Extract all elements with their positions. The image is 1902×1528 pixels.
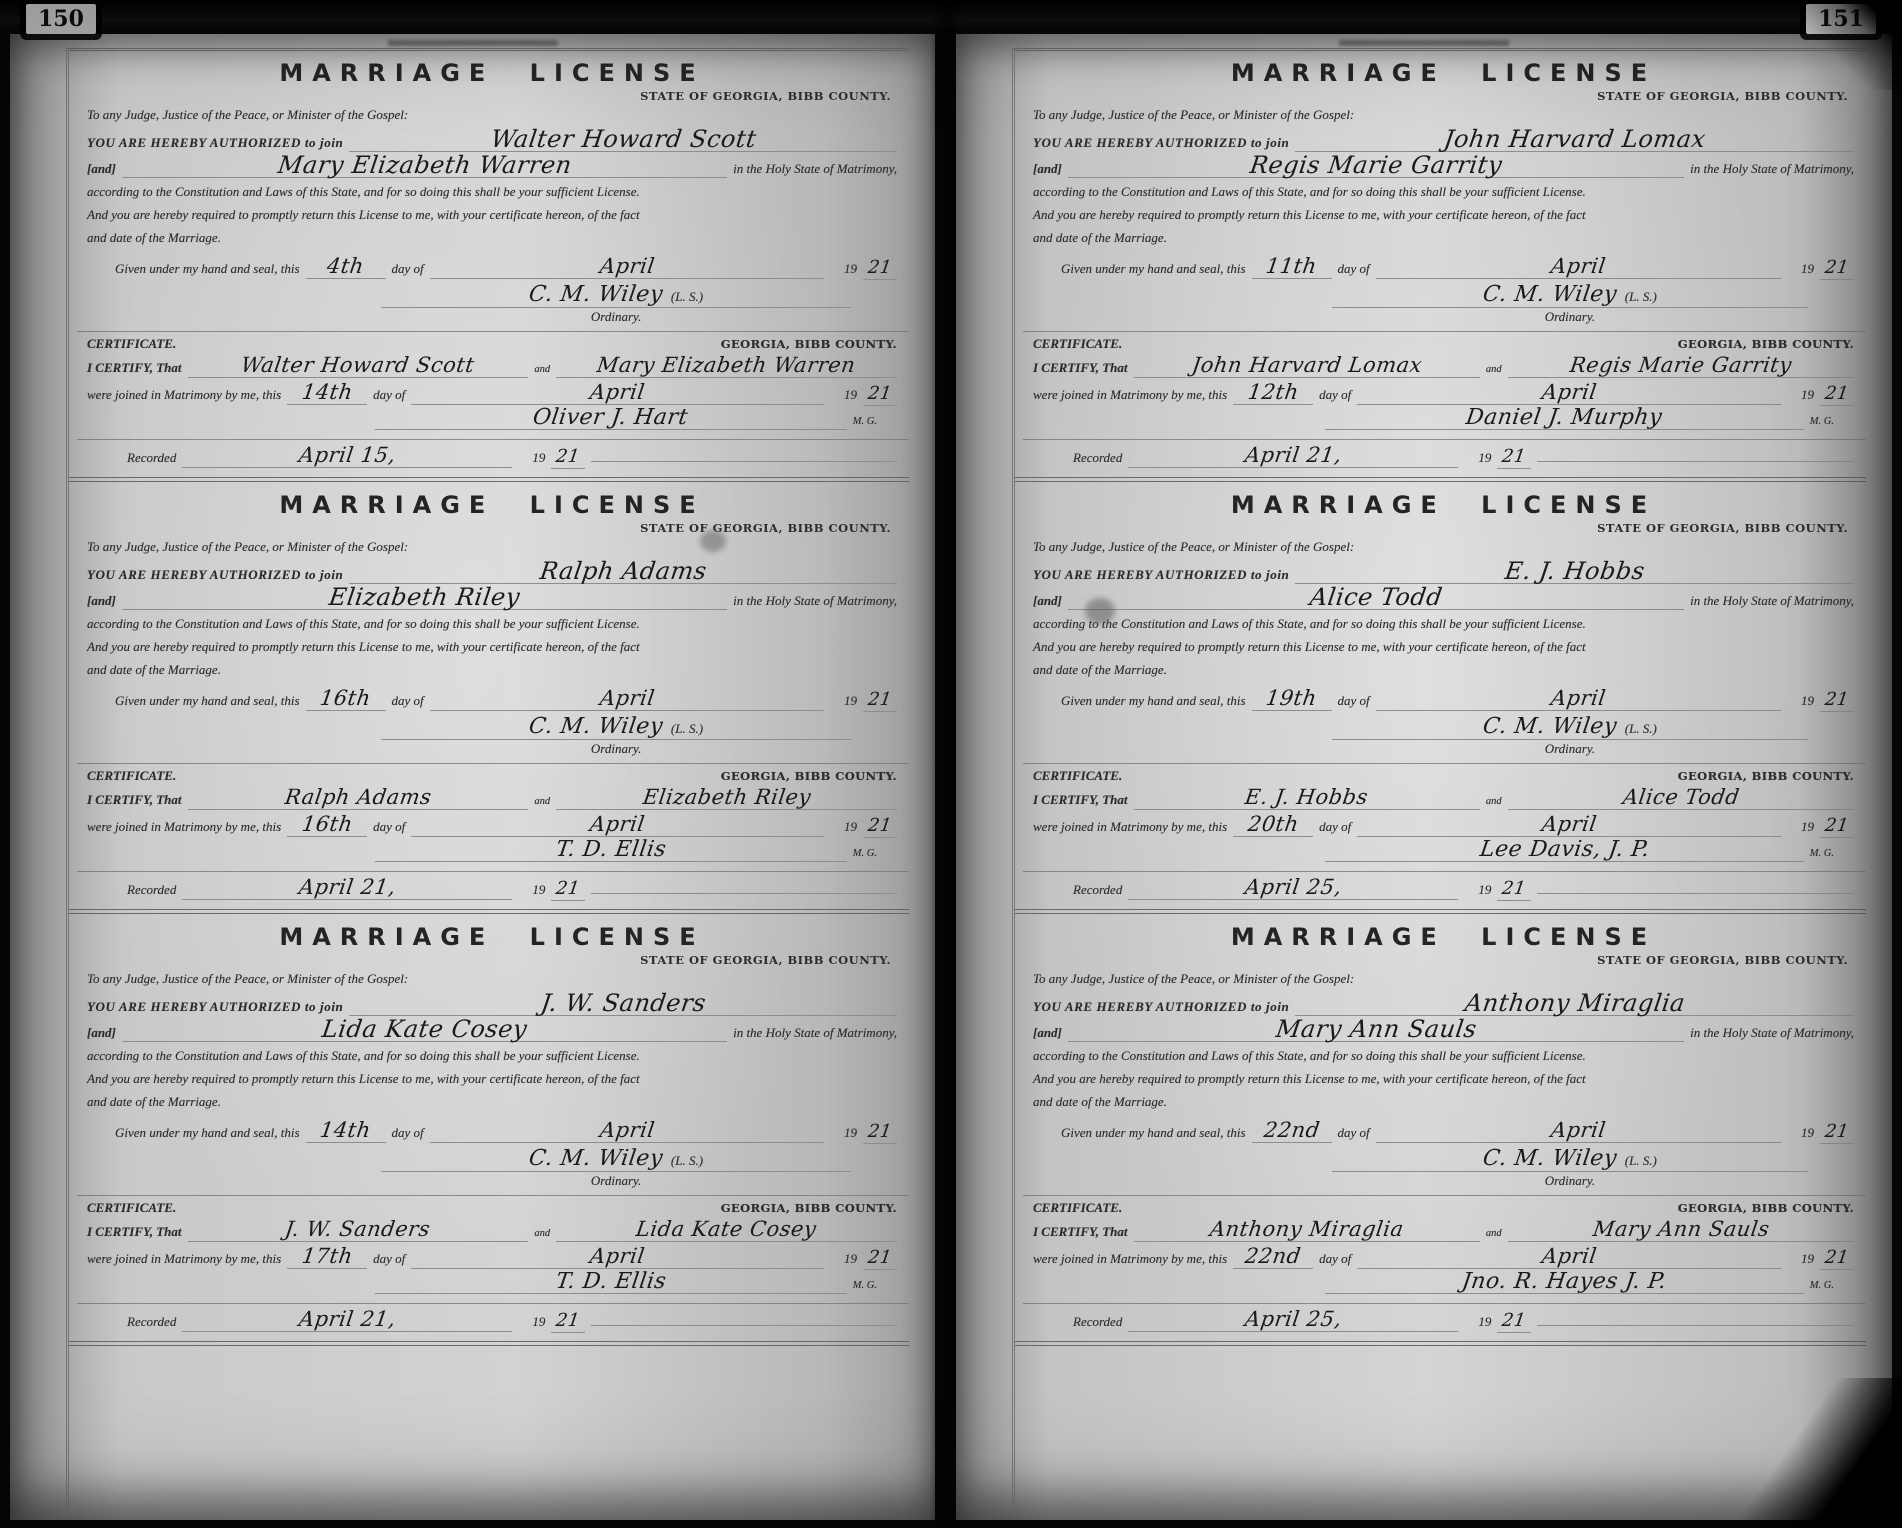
day-of-label: day of [1338, 689, 1370, 712]
license-month-handwritten: April [1376, 1119, 1781, 1143]
ordinary-signature-text: C. M. Wiley [527, 714, 664, 739]
and-bracket-label: [and] [1033, 1021, 1062, 1044]
ordinary-signature-text: C. M. Wiley [1481, 1146, 1618, 1171]
georgia-county-line: GEORGIA, BIBB COUNTY. [1678, 769, 1854, 783]
license-day-text: 16th [319, 687, 373, 710]
marriage-license-form: MARRIAGE LICENSE STATE OF GEORGIA, BIBB … [1031, 53, 1858, 482]
cert-day-handwritten: 20th [1233, 813, 1313, 837]
block-divider [1014, 909, 1866, 914]
salutation-label: To any Judge, Justice of the Peace, or M… [87, 103, 408, 126]
body-row-1: according to the Constitution and Laws o… [1033, 1044, 1854, 1067]
marriage-license-form: MARRIAGE LICENSE STATE OF GEORGIA, BIBB … [1031, 485, 1858, 914]
officiant-row: Jno. R. Hayes J. P. M. G. [1325, 1270, 1834, 1297]
cert-month-handwritten: April [1357, 381, 1781, 405]
cert-month-text: April [1540, 381, 1598, 404]
recorded-year-handwritten: 21 [551, 1309, 585, 1333]
recorded-date-text: April 21, [1243, 444, 1343, 467]
officiant-row: Daniel J. Murphy M. G. [1325, 406, 1834, 433]
cert-month-text: April [589, 1245, 647, 1268]
ordinary-signature: C. M. Wiley [529, 714, 663, 739]
matrimony-label: in the Holy State of Matrimony, [1690, 1021, 1854, 1044]
license-day-handwritten: 22nd [1252, 1119, 1332, 1143]
bride-name-handwritten: Mary Ann Sauls [1068, 1018, 1684, 1042]
officiant-row: T. D. Ellis M. G. [375, 1270, 877, 1297]
salutation-row: To any Judge, Justice of the Peace, or M… [87, 967, 897, 990]
salutation-row: To any Judge, Justice of the Peace, or M… [87, 103, 897, 126]
year-prefix-label: 19 [532, 1310, 545, 1333]
body-line-1: according to the Constitution and Laws o… [87, 180, 640, 203]
bride-name-text: Mary Ann Sauls [1274, 1018, 1478, 1041]
georgia-county-line: GEORGIA, BIBB COUNTY. [1678, 337, 1854, 351]
ordinary-signature-area: C. M. Wiley (L. S.) Ordinary. [1332, 282, 1808, 325]
and-bracket-label: [and] [87, 157, 116, 180]
bride-name-text: Lida Kate Cosey [320, 1018, 528, 1041]
cert-bride-text: Regis Marie Garrity [1568, 354, 1793, 377]
cert-bride-handwritten: Mary Elizabeth Warren [556, 354, 897, 378]
body-line-1: according to the Constitution and Laws o… [1033, 612, 1586, 635]
ordinary-signature-area: C. M. Wiley (L. S.) Ordinary. [381, 1146, 851, 1189]
state-county-line: STATE OF GEORGIA, BIBB COUNTY. [87, 953, 897, 967]
license-date-row: Given under my hand and seal, this 4th d… [87, 255, 897, 280]
section-divider [77, 1195, 909, 1196]
cert-year-handwritten: 21 [1820, 814, 1854, 838]
license-year-handwritten: 21 [863, 256, 897, 280]
page-right: MARRIAGE LICENSE STATE OF GEORGIA, BIBB … [956, 34, 1892, 1520]
ordinary-label: Ordinary. [1332, 1173, 1808, 1189]
year-prefix-label: 19 [844, 383, 857, 406]
recorded-year-text: 21 [1501, 877, 1528, 900]
cert-bride-handwritten: Regis Marie Garrity [1508, 354, 1854, 378]
section-divider [1023, 1303, 1866, 1304]
bride-name-text: Regis Marie Garrity [1248, 154, 1503, 177]
salutation-label: To any Judge, Justice of the Peace, or M… [1033, 967, 1354, 990]
body-row-2: And you are hereby required to promptly … [87, 1067, 897, 1090]
ordinary-signature: C. M. Wiley [1483, 1146, 1617, 1171]
license-year-text: 21 [1823, 688, 1850, 711]
georgia-county-line: GEORGIA, BIBB COUNTY. [721, 337, 897, 351]
cert-month-text: April [589, 381, 647, 404]
and-bracket-label: [and] [1033, 589, 1062, 612]
block-divider [68, 477, 909, 482]
certificate-label: CERTIFICATE. [87, 768, 176, 784]
year-prefix-label: 19 [844, 1121, 857, 1144]
recorded-row: Recorded April 25, 1921 [1033, 876, 1854, 901]
authorized-label: YOU ARE HEREBY AUTHORIZED to join [87, 563, 343, 586]
ordinary-signature-text: C. M. Wiley [1481, 714, 1618, 739]
body-row-2: And you are hereby required to promptly … [1033, 203, 1854, 226]
matrimony-label: in the Holy State of Matrimony, [1690, 589, 1854, 612]
section-divider [77, 439, 909, 440]
body-row-3: and date of the Marriage. [87, 658, 897, 681]
cert-day-handwritten: 14th [287, 381, 367, 405]
license-month-handwritten: April [1376, 255, 1781, 279]
cert-day-text: 22nd [1244, 1245, 1303, 1268]
ordinary-signature-area: C. M. Wiley (L. S.) Ordinary. [1332, 1146, 1808, 1189]
body-line-3: and date of the Marriage. [1033, 658, 1167, 681]
license-day-handwritten: 11th [1252, 255, 1332, 279]
and-bracket-label: [and] [1033, 157, 1062, 180]
bride-name-text: Mary Elizabeth Warren [276, 154, 573, 177]
license-day-text: 11th [1265, 255, 1319, 278]
body-row-3: and date of the Marriage. [87, 1090, 897, 1113]
ordinary-signature: C. M. Wiley [529, 282, 663, 307]
cert-groom-text: E. J. Hobbs [1244, 786, 1370, 809]
certify-row: I CERTIFY, That Anthony Miraglia and Mar… [1033, 1218, 1854, 1245]
recorded-date-handwritten: April 15, [182, 444, 512, 468]
salutation-label: To any Judge, Justice of the Peace, or M… [1033, 103, 1354, 126]
and-word-label: and [534, 1222, 550, 1245]
cert-day-text: 17th [300, 1245, 354, 1268]
recorded-row: Recorded April 15, 1921 [87, 444, 897, 469]
and-bracket-label: [and] [87, 1021, 116, 1044]
page-right-content: MARRIAGE LICENSE STATE OF GEORGIA, BIBB … [1012, 48, 1866, 1509]
cert-month-text: April [1540, 1245, 1598, 1268]
matrimony-label: in the Holy State of Matrimony, [733, 157, 897, 180]
marriage-license-form: MARRIAGE LICENSE STATE OF GEORGIA, BIBB … [85, 917, 901, 1346]
body-row-3: and date of the Marriage. [87, 226, 897, 249]
blank-line [591, 893, 897, 894]
ls-label: (L. S.) [671, 1153, 703, 1169]
cert-groom-handwritten: John Harvard Lomax [1134, 354, 1480, 378]
georgia-county-line: GEORGIA, BIBB COUNTY. [721, 769, 897, 783]
certificate-header: CERTIFICATE. GEORGIA, BIBB COUNTY. [1033, 1200, 1854, 1216]
cert-month-text: April [589, 813, 647, 836]
ordinary-signature-area: C. M. Wiley (L. S.) Ordinary. [1332, 714, 1808, 757]
certify-label: I CERTIFY, That [1033, 356, 1128, 379]
certificate-label: CERTIFICATE. [87, 336, 176, 352]
form-title: MARRIAGE LICENSE [1033, 59, 1854, 87]
groom-name-text: John Harvard Lomax [1442, 128, 1707, 151]
body-line-1: according to the Constitution and Laws o… [87, 612, 640, 635]
blank-line [1537, 893, 1854, 894]
certify-label: I CERTIFY, That [87, 788, 182, 811]
bride-row: [and] Elizabeth Riley in the Holy State … [87, 586, 897, 612]
groom-name-handwritten: Ralph Adams [349, 560, 897, 584]
blank-line [591, 1325, 897, 1326]
blank-line [1537, 461, 1854, 462]
body-line-1: according to the Constitution and Laws o… [1033, 180, 1586, 203]
state-county-line: STATE OF GEORGIA, BIBB COUNTY. [1033, 953, 1854, 967]
and-bracket-label: [and] [87, 589, 116, 612]
day-of-label: day of [373, 815, 405, 838]
state-county-line: STATE OF GEORGIA, BIBB COUNTY. [87, 89, 897, 103]
printer-mark [388, 40, 558, 46]
license-year-handwritten: 21 [1820, 688, 1854, 712]
officiant-signature-text: Lee Davis, J. P. [1478, 838, 1651, 861]
recorded-label: Recorded [1073, 1310, 1122, 1333]
certify-row: I CERTIFY, That John Harvard Lomax and R… [1033, 354, 1854, 381]
cert-bride-text: Mary Elizabeth Warren [596, 354, 857, 377]
cert-groom-text: Anthony Miraglia [1208, 1218, 1405, 1241]
day-of-label: day of [392, 1121, 424, 1144]
year-prefix-label: 19 [1801, 689, 1814, 712]
certificate-header: CERTIFICATE. GEORGIA, BIBB COUNTY. [1033, 336, 1854, 352]
recorded-year-text: 21 [1501, 1309, 1528, 1332]
ordinary-label: Ordinary. [381, 309, 851, 325]
authorized-label: YOU ARE HEREBY AUTHORIZED to join [1033, 131, 1289, 154]
section-divider [77, 763, 909, 764]
license-day-text: 14th [319, 1119, 373, 1142]
certify-label: I CERTIFY, That [1033, 1220, 1128, 1243]
given-label: Given under my hand and seal, this [115, 257, 300, 280]
salutation-label: To any Judge, Justice of the Peace, or M… [87, 535, 408, 558]
body-line-3: and date of the Marriage. [1033, 1090, 1167, 1113]
ordinary-signature: C. M. Wiley [529, 1146, 663, 1171]
given-label: Given under my hand and seal, this [1061, 689, 1246, 712]
matrimony-label: in the Holy State of Matrimony, [733, 1021, 897, 1044]
block-divider [68, 909, 909, 914]
ordinary-signature-text: C. M. Wiley [1481, 282, 1618, 307]
recorded-year-handwritten: 21 [1497, 445, 1531, 469]
day-of-label: day of [373, 1247, 405, 1270]
cert-year-handwritten: 21 [863, 1246, 897, 1270]
georgia-county-line: GEORGIA, BIBB COUNTY. [1678, 1201, 1854, 1215]
recorded-date-handwritten: April 21, [1128, 444, 1458, 468]
cert-bride-handwritten: Lida Kate Cosey [556, 1218, 897, 1242]
recorded-date-handwritten: April 21, [182, 1308, 512, 1332]
year-prefix-label: 19 [1478, 1310, 1491, 1333]
cert-day-text: 16th [300, 813, 354, 836]
section-divider [77, 331, 909, 332]
cert-groom-text: John Harvard Lomax [1190, 354, 1423, 377]
day-of-label: day of [1338, 1121, 1370, 1144]
license-year-text: 21 [866, 688, 893, 711]
form-title: MARRIAGE LICENSE [87, 923, 897, 951]
body-row-3: and date of the Marriage. [1033, 226, 1854, 249]
ls-label: (L. S.) [671, 289, 703, 305]
ordinary-signature-row: C. M. Wiley (L. S.) [1332, 714, 1808, 740]
cert-month-handwritten: April [411, 381, 824, 405]
officiant-signature-text: T. D. Ellis [554, 838, 667, 861]
year-prefix-label: 19 [1801, 1247, 1814, 1270]
license-month-handwritten: April [1376, 687, 1781, 711]
ls-label: (L. S.) [671, 721, 703, 737]
cert-day-text: 14th [300, 381, 354, 404]
groom-name-text: E. J. Hobbs [1503, 560, 1646, 583]
recorded-year-handwritten: 21 [1497, 877, 1531, 901]
license-month-handwritten: April [430, 255, 824, 279]
block-divider [68, 1341, 909, 1346]
state-county-line: STATE OF GEORGIA, BIBB COUNTY. [1033, 89, 1854, 103]
officiant-signature: Daniel J. Murphy [1325, 406, 1804, 430]
salutation-row: To any Judge, Justice of the Peace, or M… [87, 535, 897, 558]
license-year-handwritten: 21 [1820, 1120, 1854, 1144]
ordinary-signature-row: C. M. Wiley (L. S.) [1332, 1146, 1808, 1172]
given-label: Given under my hand and seal, this [1061, 1121, 1246, 1144]
license-year-handwritten: 21 [863, 688, 897, 712]
cert-year-handwritten: 21 [863, 382, 897, 406]
body-line-3: and date of the Marriage. [87, 658, 221, 681]
ordinary-label: Ordinary. [1332, 741, 1808, 757]
body-line-2: And you are hereby required to promptly … [87, 203, 640, 226]
license-month-handwritten: April [430, 687, 824, 711]
blank-line [1537, 1325, 1854, 1326]
cert-year-handwritten: 21 [1820, 382, 1854, 406]
cert-day-text: 20th [1246, 813, 1300, 836]
and-word-label: and [1486, 790, 1502, 813]
cert-groom-handwritten: J. W. Sanders [188, 1218, 529, 1242]
year-prefix-label: 19 [1801, 383, 1814, 406]
ordinary-signature-area: C. M. Wiley (L. S.) Ordinary. [381, 714, 851, 757]
body-line-2: And you are hereby required to promptly … [1033, 203, 1586, 226]
joined-label: were joined in Matrimony by me, this [87, 383, 281, 406]
groom-name-handwritten: Walter Howard Scott [349, 128, 897, 152]
joined-label: were joined in Matrimony by me, this [87, 815, 281, 838]
printer-mark [1339, 40, 1509, 46]
officiant-row: T. D. Ellis M. G. [375, 838, 877, 865]
body-line-3: and date of the Marriage. [1033, 226, 1167, 249]
body-row-2: And you are hereby required to promptly … [87, 635, 897, 658]
ordinary-signature: C. M. Wiley [1483, 282, 1617, 307]
bride-name-handwritten: Mary Elizabeth Warren [122, 154, 727, 178]
cert-year-text: 21 [1823, 1246, 1850, 1269]
officiant-signature: Jno. R. Hayes J. P. [1325, 1270, 1804, 1294]
body-row-1: according to the Constitution and Laws o… [1033, 180, 1854, 203]
body-row-3: and date of the Marriage. [1033, 1090, 1854, 1113]
block-divider [1014, 1341, 1866, 1346]
groom-name-text: Anthony Miraglia [1463, 992, 1686, 1015]
page-left-content: MARRIAGE LICENSE STATE OF GEORGIA, BIBB … [66, 48, 909, 1509]
license-year-handwritten: 21 [1820, 256, 1854, 280]
section-divider [1023, 871, 1866, 872]
year-prefix-label: 19 [844, 689, 857, 712]
state-county-line: STATE OF GEORGIA, BIBB COUNTY. [1033, 521, 1854, 535]
section-divider [1023, 439, 1866, 440]
body-row-1: according to the Constitution and Laws o… [87, 1044, 897, 1067]
year-prefix-label: 19 [844, 1247, 857, 1270]
form-title: MARRIAGE LICENSE [87, 491, 897, 519]
cert-bride-handwritten: Mary Ann Sauls [1508, 1218, 1854, 1242]
cert-year-text: 21 [1823, 814, 1850, 837]
license-month-text: April [1549, 687, 1607, 710]
cert-year-handwritten: 21 [863, 814, 897, 838]
day-of-label: day of [1319, 383, 1351, 406]
bride-row: [and] Mary Ann Sauls in the Holy State o… [1033, 1018, 1854, 1044]
day-of-label: day of [392, 257, 424, 280]
officiant-row: Lee Davis, J. P. M. G. [1325, 838, 1834, 865]
cert-year-text: 21 [866, 814, 893, 837]
day-of-label: day of [1319, 1247, 1351, 1270]
recorded-label: Recorded [1073, 878, 1122, 901]
form-title: MARRIAGE LICENSE [87, 59, 897, 87]
cert-groom-text: J. W. Sanders [284, 1218, 432, 1241]
body-row-1: according to the Constitution and Laws o… [87, 612, 897, 635]
year-prefix-label: 19 [1801, 257, 1814, 280]
cert-bride-text: Elizabeth Riley [641, 786, 812, 809]
marriage-license-form: MARRIAGE LICENSE STATE OF GEORGIA, BIBB … [85, 485, 901, 914]
certificate-header: CERTIFICATE. GEORGIA, BIBB COUNTY. [87, 768, 897, 784]
cert-bride-text: Lida Kate Cosey [635, 1218, 819, 1241]
officiant-signature: T. D. Ellis [375, 838, 847, 862]
ordinary-label: Ordinary. [1332, 309, 1808, 325]
license-date-row: Given under my hand and seal, this 11th … [1033, 255, 1854, 280]
minister-of-gospel-label: M. G. [1810, 842, 1834, 865]
recorded-year-text: 21 [555, 877, 582, 900]
salutation-row: To any Judge, Justice of the Peace, or M… [1033, 535, 1854, 558]
recorded-date-text: April 21, [297, 876, 397, 899]
certificate-label: CERTIFICATE. [1033, 768, 1122, 784]
marriage-license-form: MARRIAGE LICENSE STATE OF GEORGIA, BIBB … [85, 53, 901, 482]
body-line-3: and date of the Marriage. [87, 1090, 221, 1113]
recorded-label: Recorded [127, 878, 176, 901]
cert-date-row: were joined in Matrimony by me, this 14t… [87, 381, 897, 406]
officiant-signature: Oliver J. Hart [375, 406, 847, 430]
body-line-2: And you are hereby required to promptly … [1033, 635, 1586, 658]
ordinary-label: Ordinary. [381, 1173, 851, 1189]
certify-label: I CERTIFY, That [1033, 788, 1128, 811]
recorded-row: Recorded April 25, 1921 [1033, 1308, 1854, 1333]
groom-name-handwritten: J. W. Sanders [349, 992, 897, 1016]
recorded-year-handwritten: 21 [551, 445, 585, 469]
authorized-label: YOU ARE HEREBY AUTHORIZED to join [87, 995, 343, 1018]
bride-name-text: Elizabeth Riley [327, 586, 521, 609]
salutation-row: To any Judge, Justice of the Peace, or M… [1033, 967, 1854, 990]
license-date-row: Given under my hand and seal, this 14th … [87, 1119, 897, 1144]
officiant-signature-text: Jno. R. Hayes J. P. [1461, 1270, 1669, 1293]
bride-row: [and] Mary Elizabeth Warren in the Holy … [87, 154, 897, 180]
officiant-row: Oliver J. Hart M. G. [375, 406, 877, 433]
cert-groom-handwritten: E. J. Hobbs [1134, 786, 1480, 810]
year-prefix-label: 19 [1478, 878, 1491, 901]
form-title: MARRIAGE LICENSE [1033, 491, 1854, 519]
body-row-2: And you are hereby required to promptly … [1033, 1067, 1854, 1090]
section-divider [77, 871, 909, 872]
license-day-text: 19th [1265, 687, 1319, 710]
cert-groom-handwritten: Anthony Miraglia [1134, 1218, 1480, 1242]
body-row-3: and date of the Marriage. [1033, 658, 1854, 681]
recorded-date-text: April 15, [297, 444, 397, 467]
cert-month-handwritten: April [1357, 1245, 1781, 1269]
year-prefix-label: 19 [844, 257, 857, 280]
section-divider [77, 1303, 909, 1304]
ordinary-signature-text: C. M. Wiley [527, 282, 664, 307]
day-of-label: day of [392, 689, 424, 712]
cert-day-handwritten: 22nd [1233, 1245, 1313, 1269]
recorded-year-text: 21 [1501, 445, 1528, 468]
ordinary-label: Ordinary. [381, 741, 851, 757]
license-year-handwritten: 21 [863, 1120, 897, 1144]
year-prefix-label: 19 [1478, 446, 1491, 469]
officiant-signature-text: Oliver J. Hart [532, 406, 690, 429]
groom-name-handwritten: Anthony Miraglia [1295, 992, 1854, 1016]
day-of-label: day of [1338, 257, 1370, 280]
license-day-handwritten: 14th [306, 1119, 386, 1143]
given-label: Given under my hand and seal, this [115, 689, 300, 712]
and-word-label: and [534, 790, 550, 813]
body-row-2: And you are hereby required to promptly … [1033, 635, 1854, 658]
cert-year-text: 21 [1823, 382, 1850, 405]
salutation-row: To any Judge, Justice of the Peace, or M… [1033, 103, 1854, 126]
recorded-row: Recorded April 21, 1921 [87, 876, 897, 901]
state-county-line: STATE OF GEORGIA, BIBB COUNTY. [87, 521, 897, 535]
groom-name-handwritten: E. J. Hobbs [1295, 560, 1854, 584]
matrimony-label: in the Holy State of Matrimony, [733, 589, 897, 612]
section-divider [1023, 763, 1866, 764]
cert-date-row: were joined in Matrimony by me, this 12t… [1033, 381, 1854, 406]
year-prefix-label: 19 [844, 815, 857, 838]
body-row-1: according to the Constitution and Laws o… [87, 180, 897, 203]
recorded-label: Recorded [1073, 446, 1122, 469]
license-date-row: Given under my hand and seal, this 22nd … [1033, 1119, 1854, 1144]
certificate-header: CERTIFICATE. GEORGIA, BIBB COUNTY. [87, 1200, 897, 1216]
body-line-1: according to the Constitution and Laws o… [87, 1044, 640, 1067]
year-prefix-label: 19 [532, 446, 545, 469]
cert-groom-text: Ralph Adams [283, 786, 433, 809]
certify-row: I CERTIFY, That Ralph Adams and Elizabet… [87, 786, 897, 813]
blank-line [591, 461, 897, 462]
body-line-2: And you are hereby required to promptly … [87, 635, 640, 658]
authorized-label: YOU ARE HEREBY AUTHORIZED to join [1033, 563, 1289, 586]
